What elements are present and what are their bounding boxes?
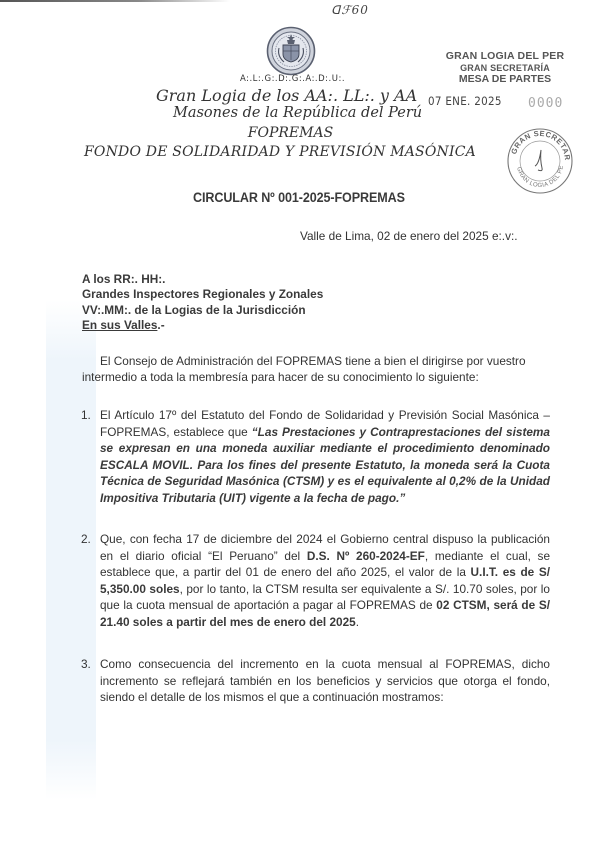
scan-edge-shadow [0, 0, 230, 2]
lodge-name-line1: Gran Logia de los AA:. LL:. y AA [156, 86, 417, 105]
reception-stamp: GRAN LOGIA DEL PER GRAN SECRETARÍA MESA … [420, 50, 590, 85]
item-number: 2. [81, 531, 91, 548]
list-item-2: 2. Que, con fecha 17 de diciembre del 20… [100, 531, 550, 631]
circular-title: CIRCULAR Nº 001-2025-FOPREMAS [193, 190, 405, 205]
svg-text:GRAN SECRETARÍA: GRAN SECRETARÍA [505, 126, 572, 161]
stamp-line2: GRAN SECRETARÍA [420, 63, 590, 73]
list-item-1: 1. El Artículo 17º del Estatuto del Fond… [100, 407, 550, 507]
addressee-line3: VV:.MM:. de la Logias de la Jurisdicción [82, 303, 323, 318]
addressee-line2: Grandes Inspectores Regionales y Zonales [82, 287, 323, 302]
item-number: 3. [81, 656, 91, 673]
list-item-3: 3. Como consecuencia del incremento en l… [100, 656, 550, 706]
item-text: . [356, 615, 359, 629]
lodge-name-line2: Masones de la República del Perú [173, 105, 422, 121]
stamp-line3: MESA DE PARTES [420, 73, 590, 85]
stamp-number: 0000 [528, 96, 563, 111]
decree-reference: D.S. Nº 260-2024-EF [307, 549, 425, 563]
addressee-valleys: En sus Valles [82, 318, 157, 332]
item-number: 1. [81, 407, 91, 424]
intro-line2: intermedio a toda la membresía para hace… [82, 369, 562, 385]
handwritten-note: ᗡℱ60 [331, 3, 369, 17]
secretary-seal-icon: GRAN SECRETARÍA GRAN LOGIA DEL PERÚ [505, 126, 575, 196]
stamp-line1: GRAN LOGIA DEL PER [420, 50, 590, 62]
addressee-block: A los RR:. HH:. Grandes Inspectores Regi… [82, 272, 323, 333]
place-and-date: Valle de Lima, 02 de enero del 2025 e:.v… [300, 229, 518, 243]
item-text: Como consecuencia del incremento en la c… [100, 657, 550, 704]
addressee-suffix: .- [157, 318, 164, 332]
lodge-emblem-icon [266, 26, 316, 76]
addressee-line1: A los RR:. HH:. [82, 272, 323, 287]
intro-paragraph: El Consejo de Administración del FOPREMA… [82, 353, 562, 385]
fund-full-name: FONDO DE SOLIDARIDAD Y PREVISIÓN MASÓNIC… [84, 144, 476, 160]
intro-line1: El Consejo de Administración del FOPREMA… [82, 353, 562, 369]
stamp-date: 07 ENE. 2025 [428, 94, 502, 108]
addressee-line4: En sus Valles.- [82, 318, 323, 333]
